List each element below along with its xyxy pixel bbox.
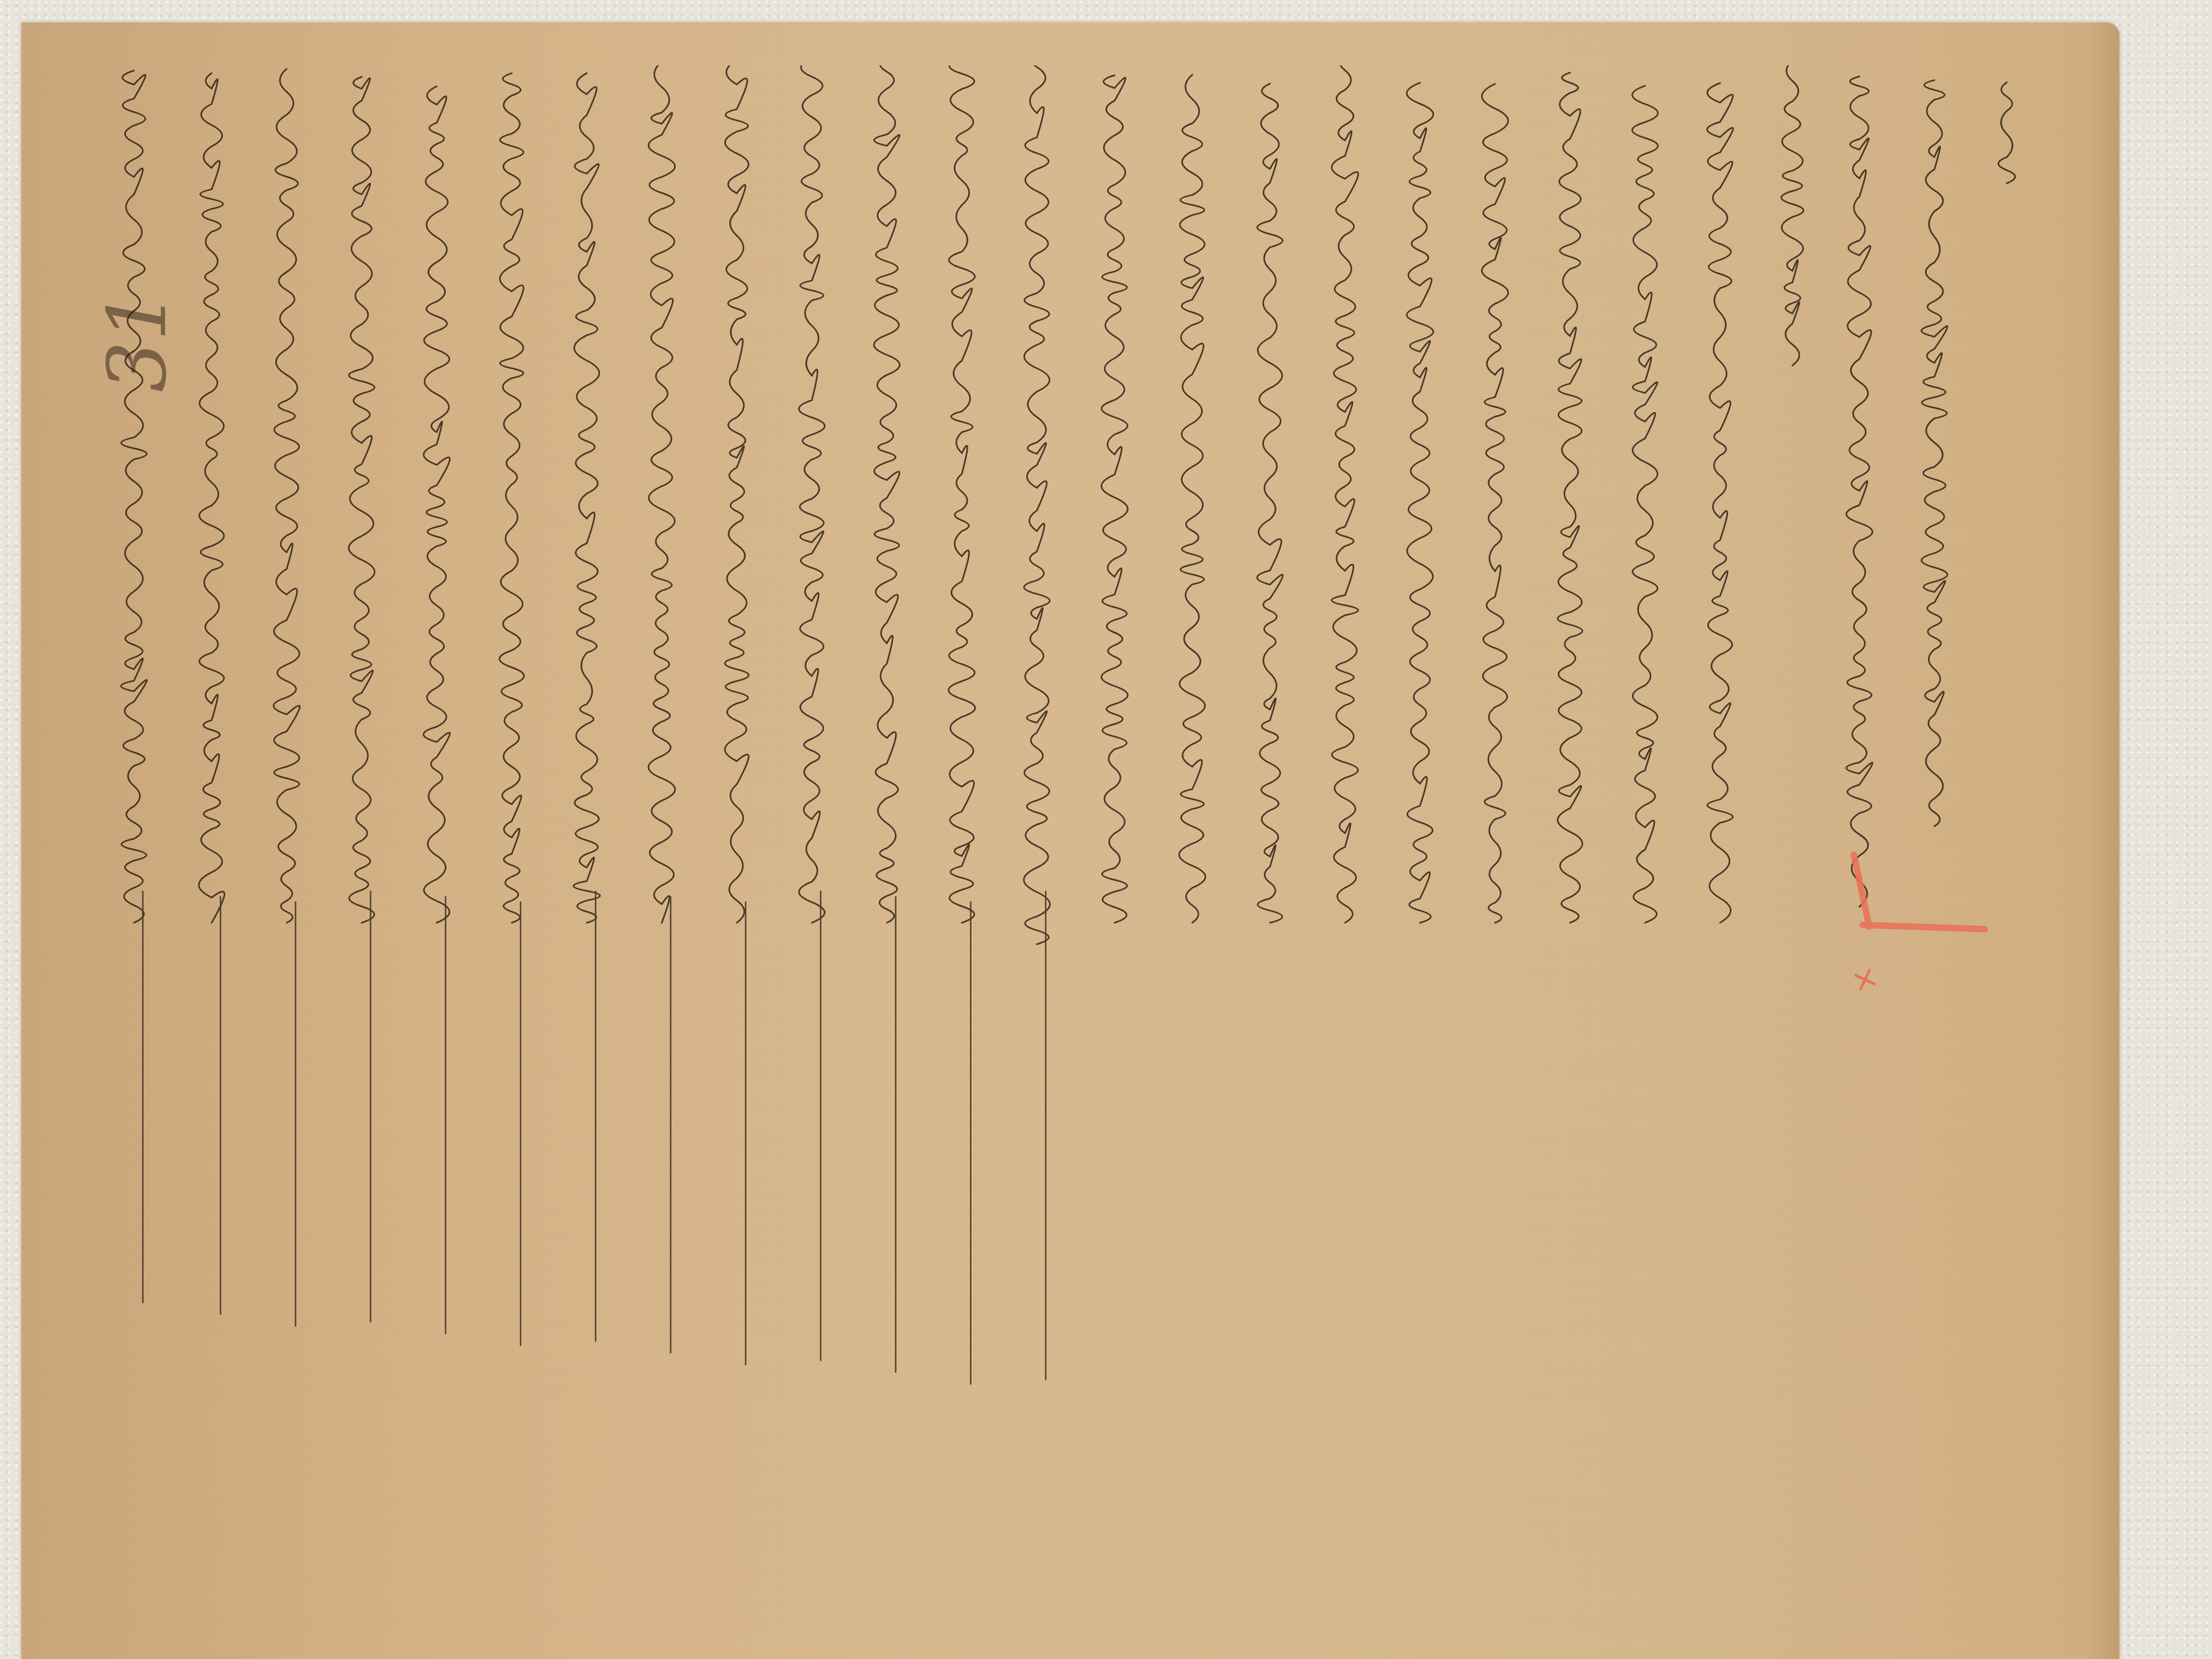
blank-line-rule [295,901,296,1327]
handwritten-line [257,65,316,944]
blank-line-rule [670,896,671,1354]
handwritten-line [1616,65,1675,944]
blank-line-rule [520,901,521,1346]
handwritten-line [1163,65,1222,944]
handwritten-line [857,65,916,944]
red-cross-mark: × [1846,957,1884,1002]
handwritten-line [1691,65,1750,944]
blank-line-rule [745,901,746,1365]
handwritten-line [1977,65,2036,205]
handwritten-line [1007,65,1066,966]
blank-line-rule [142,891,144,1303]
handwritten-line [1541,65,1600,944]
handwritten-line [182,65,241,944]
manuscript-page: 31 Handwritten manuscript page in histor… [21,23,2119,1659]
handwritten-line [1391,65,1449,944]
blank-line-rule [895,896,896,1373]
handwritten-line [632,65,691,944]
blank-line-rule [220,896,221,1315]
document-description: Handwritten manuscript page in historica… [21,23,22,23]
handwritten-line [1830,65,1889,928]
red-bracket-horizontal [1859,922,1988,932]
handwritten-line [482,65,541,944]
blank-line-rule [970,901,972,1385]
handwritten-line [104,65,163,944]
blank-line-rule [595,891,596,1342]
handwritten-line [407,65,466,944]
handwritten-line [557,65,616,944]
handwritten-line [1240,65,1299,944]
handwritten-line [707,65,766,944]
blank-line-rule [820,891,821,1361]
handwritten-line [332,65,391,944]
handwritten-line [1316,65,1374,944]
handwritten-line [1085,65,1144,944]
handwritten-line [1905,65,1964,848]
blank-line-rule [1045,891,1047,1380]
handwritten-line [1466,65,1525,944]
handwritten-line [932,65,991,944]
handwritten-line [782,65,841,944]
blank-line-rule [370,891,371,1322]
blank-line-rule [445,896,446,1334]
handwritten-line [1763,65,1822,387]
